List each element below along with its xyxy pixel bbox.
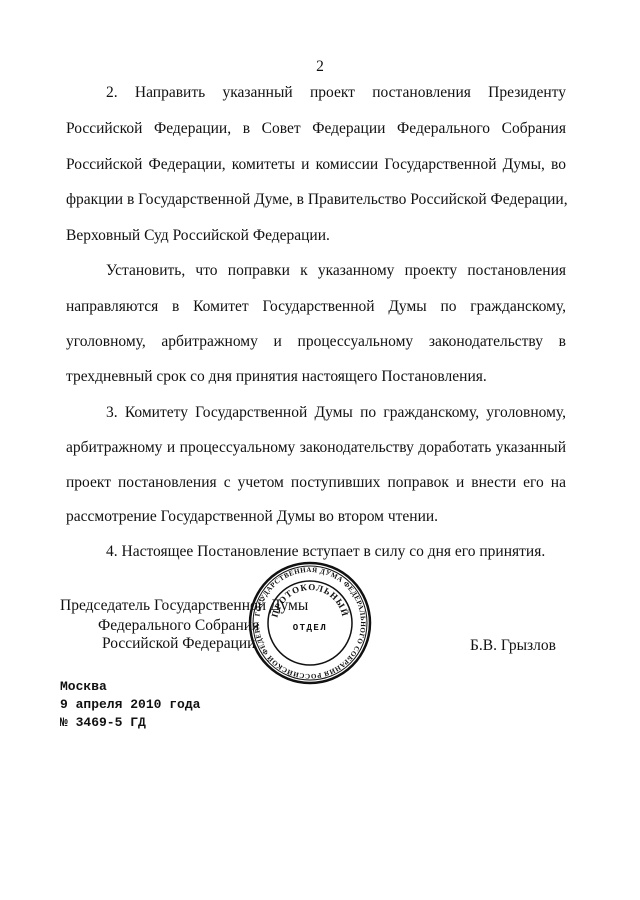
paragraph-2-line-5: Верховный Суд Российской Федерации. bbox=[66, 227, 566, 245]
paragraph-4: 4. Настоящее Постановление вступает в си… bbox=[106, 543, 566, 561]
signature-title-line-3: Российской Федерации bbox=[102, 635, 255, 653]
paragraph-2-line-3: Российской Федерации, комитеты и комисси… bbox=[66, 156, 566, 174]
stamp-seal-icon: ГОСУДАРСТВЕННАЯ ДУМА ФЕДЕРАЛЬНОГО СОБРАН… bbox=[247, 560, 373, 686]
svg-text:ОТДЕЛ: ОТДЕЛ bbox=[293, 623, 328, 633]
document-page: 2 2. Направить указанный проект постанов… bbox=[0, 0, 640, 900]
document-date: 9 апреля 2010 года bbox=[60, 697, 200, 712]
document-number: № 3469-5 ГД bbox=[60, 715, 146, 730]
paragraph-2-line-1: 2. Направить указанный проект постановле… bbox=[106, 84, 566, 102]
paragraph-2-line-4: фракции в Государственной Думе, в Правит… bbox=[66, 191, 566, 209]
signature-title-line-2: Федерального Собрания bbox=[98, 617, 259, 635]
document-city: Москва bbox=[60, 679, 107, 694]
paragraph-3-line-1: 3. Комитету Государственной Думы по граж… bbox=[106, 404, 566, 422]
page-number: 2 bbox=[0, 58, 640, 76]
signatory-name: Б.В. Грызлов bbox=[470, 637, 556, 655]
paragraph-3-line-2: арбитражному и процессуальному законодат… bbox=[66, 439, 566, 457]
paragraph-amend-line-1: Установить, что поправки к указанному пр… bbox=[106, 262, 566, 280]
paragraph-3-line-4: рассмотрение Государственной Думы во вто… bbox=[66, 508, 566, 526]
paragraph-amend-line-3: уголовному, арбитражному и процессуально… bbox=[66, 333, 566, 351]
paragraph-3-line-3: проект постановления с учетом поступивши… bbox=[66, 474, 566, 492]
paragraph-amend-line-2: направляются в Комитет Государственной Д… bbox=[66, 298, 566, 316]
paragraph-amend-line-4: трехдневный срок со дня принятия настоящ… bbox=[66, 368, 566, 386]
official-stamp: ГОСУДАРСТВЕННАЯ ДУМА ФЕДЕРАЛЬНОГО СОБРАН… bbox=[247, 560, 373, 686]
paragraph-2-line-2: Российской Федерации, в Совет Федерации … bbox=[66, 120, 566, 138]
svg-text:ПРОТОКОЛЬНЫЙ: ПРОТОКОЛЬНЫЙ bbox=[269, 582, 350, 619]
